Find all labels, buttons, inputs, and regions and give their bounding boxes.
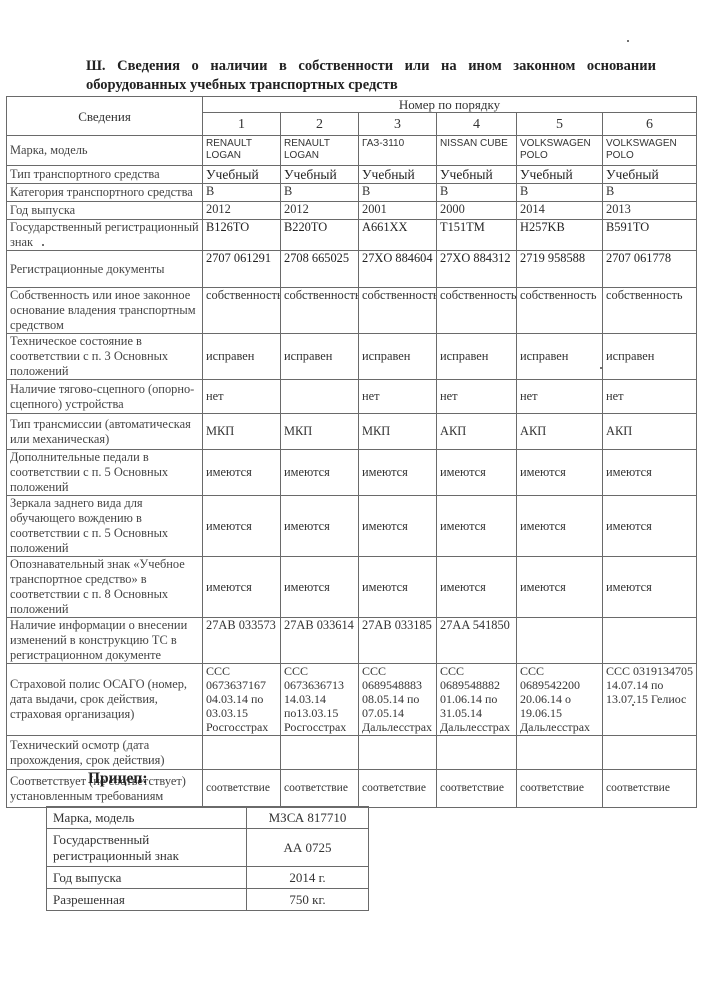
cell-value: 2000 xyxy=(437,202,517,220)
cell-value: Учебный xyxy=(517,166,603,184)
cell-value: имеются xyxy=(281,496,359,557)
column-number: 1 xyxy=(203,113,281,136)
vehicles-table: Сведения Номер по порядку 123456 Марка, … xyxy=(6,96,697,808)
cell-value: имеются xyxy=(517,557,603,618)
cell-value: CCC 0689548882 01.06.14 по 31.05.14 Даль… xyxy=(437,664,517,736)
row-label: Технический осмотр (дата прохождения, ср… xyxy=(7,736,203,770)
column-number: 2 xyxy=(281,113,359,136)
cell-value: имеются xyxy=(603,450,697,496)
cell-value xyxy=(603,618,697,664)
scan-speck xyxy=(627,40,629,42)
cell-value: исправен xyxy=(359,334,437,380)
trailer-value: МЗСА 817710 xyxy=(247,807,369,829)
cell-value: МКП xyxy=(359,414,437,450)
trailer-table: Марка, модельМЗСА 817710Государственный … xyxy=(46,806,369,911)
cell-value: имеются xyxy=(517,496,603,557)
cell-value: H257KB xyxy=(517,220,603,251)
cell-value: АКП xyxy=(517,414,603,450)
cell-value: T151TM xyxy=(437,220,517,251)
table-row: Зеркала заднего вида для обучающего вожд… xyxy=(7,496,697,557)
table-row: Дополнительные педали в соответствии с п… xyxy=(7,450,697,496)
cell-value xyxy=(517,736,603,770)
cell-value: имеются xyxy=(359,450,437,496)
cell-value: имеются xyxy=(203,450,281,496)
trailer-heading: Прицеп: xyxy=(88,770,148,788)
cell-value: исправен xyxy=(517,334,603,380)
table-row: Техническое состояние в соответствии с п… xyxy=(7,334,697,380)
cell-value: имеются xyxy=(281,557,359,618)
trailer-value: 750 кг. xyxy=(247,889,369,911)
cell-value: VOLKSWAGEN POLO xyxy=(517,136,603,166)
table-row: Наличие информации о внесении изменений … xyxy=(7,618,697,664)
cell-value: 27AA 541850 xyxy=(437,618,517,664)
cell-value: исправен xyxy=(281,334,359,380)
cell-value: 2707 061778 xyxy=(603,251,697,288)
cell-value: МКП xyxy=(281,414,359,450)
cell-value: собственность xyxy=(359,288,437,334)
cell-value: нет xyxy=(203,380,281,414)
header-label: Сведения xyxy=(7,97,203,136)
cell-value: B xyxy=(203,184,281,202)
table-row: Собственность или иное законное основани… xyxy=(7,288,697,334)
trailer-label: Год выпуска xyxy=(47,867,247,889)
cell-value: соответствие xyxy=(281,770,359,808)
cell-value: нет xyxy=(603,380,697,414)
cell-value: CCC 0319134705 14.07.14 по 13.07.15 Гели… xyxy=(603,664,697,736)
cell-value: собственность xyxy=(437,288,517,334)
row-label: Категория транспортного средства xyxy=(7,184,203,202)
cell-value: 27AB 033573 xyxy=(203,618,281,664)
row-label: Тип трансмиссии (автоматическая или меха… xyxy=(7,414,203,450)
trailer-label: Марка, модель xyxy=(47,807,247,829)
table-row: Технический осмотр (дата прохождения, ср… xyxy=(7,736,697,770)
cell-value: 2012 xyxy=(203,202,281,220)
cell-value: B126TO xyxy=(203,220,281,251)
trailer-row: Марка, модельМЗСА 817710 xyxy=(47,807,369,829)
header-group: Номер по порядку xyxy=(203,97,697,113)
cell-value xyxy=(359,736,437,770)
cell-value xyxy=(281,380,359,414)
cell-value: A661XX xyxy=(359,220,437,251)
trailer-label: Разрешенная xyxy=(47,889,247,911)
cell-value: B xyxy=(281,184,359,202)
row-label: Год выпуска xyxy=(7,202,203,220)
cell-value xyxy=(603,736,697,770)
cell-value: CCC 0689542200 20.06.14 о 19.06.15 Дальл… xyxy=(517,664,603,736)
column-number: 3 xyxy=(359,113,437,136)
cell-value: имеются xyxy=(359,496,437,557)
cell-value: B xyxy=(517,184,603,202)
column-number: 6 xyxy=(603,113,697,136)
cell-value: CCC 0673637167 04.03.14 по 03.03.15 Росг… xyxy=(203,664,281,736)
cell-value: 27AB 033614 xyxy=(281,618,359,664)
cell-value: 2708 665025 xyxy=(281,251,359,288)
row-label: Опознавательный знак «Учебное транспортн… xyxy=(7,557,203,618)
cell-value: имеются xyxy=(437,496,517,557)
cell-value: ГАЗ-3110 xyxy=(359,136,437,166)
cell-value: имеются xyxy=(603,557,697,618)
cell-value: имеются xyxy=(437,450,517,496)
table-row: Страховой полис ОСАГО (номер, дата выдач… xyxy=(7,664,697,736)
table-row: Опознавательный знак «Учебное транспортн… xyxy=(7,557,697,618)
cell-value: собственность xyxy=(203,288,281,334)
row-label: Наличие информации о внесении изменений … xyxy=(7,618,203,664)
cell-value: Учебный xyxy=(603,166,697,184)
cell-value xyxy=(281,736,359,770)
table-row: Категория транспортного средстваBBBBBB xyxy=(7,184,697,202)
cell-value: имеются xyxy=(359,557,437,618)
cell-value: имеются xyxy=(281,450,359,496)
row-label: Дополнительные педали в соответствии с п… xyxy=(7,450,203,496)
cell-value: имеются xyxy=(203,496,281,557)
row-label: Страховой полис ОСАГО (номер, дата выдач… xyxy=(7,664,203,736)
cell-value: 2707 061291 xyxy=(203,251,281,288)
row-label: Регистрационные документы xyxy=(7,251,203,288)
cell-value: имеются xyxy=(603,496,697,557)
trailer-row: Государственный регистрационный знакАА 0… xyxy=(47,829,369,867)
cell-value: 2014 xyxy=(517,202,603,220)
cell-value: CCC 0689548883 08.05.14 по 07.05.14 Даль… xyxy=(359,664,437,736)
row-label: Зеркала заднего вида для обучающего вожд… xyxy=(7,496,203,557)
table-row: Марка, модельRENAULT LOGANRENAULT LOGANГ… xyxy=(7,136,697,166)
table-row: Тип транспортного средстваУчебныйУчебный… xyxy=(7,166,697,184)
cell-value: CCC 0673636713 14.03.14 по13.03.15 Росго… xyxy=(281,664,359,736)
cell-value: Учебный xyxy=(203,166,281,184)
scan-speck xyxy=(42,244,44,246)
cell-value: собственность xyxy=(517,288,603,334)
cell-value: VOLKSWAGEN POLO xyxy=(603,136,697,166)
cell-value: МКП xyxy=(203,414,281,450)
cell-value xyxy=(203,736,281,770)
cell-value: исправен xyxy=(203,334,281,380)
cell-value: имеются xyxy=(437,557,517,618)
cell-value: B220TO xyxy=(281,220,359,251)
cell-value: Учебный xyxy=(437,166,517,184)
row-label: Тип транспортного средства xyxy=(7,166,203,184)
cell-value: нет xyxy=(359,380,437,414)
scan-speck xyxy=(600,367,602,369)
row-label: Техническое состояние в соответствии с п… xyxy=(7,334,203,380)
cell-value: АКП xyxy=(603,414,697,450)
row-label: Наличие тягово-сцепного (опорно-сцепного… xyxy=(7,380,203,414)
cell-value: нет xyxy=(517,380,603,414)
scan-speck xyxy=(632,704,634,706)
table-row: Тип трансмиссии (автоматическая или меха… xyxy=(7,414,697,450)
section-title: Ш. Сведения о наличии в собственности ил… xyxy=(86,57,656,95)
cell-value: 2013 xyxy=(603,202,697,220)
cell-value: NISSAN CUBE xyxy=(437,136,517,166)
trailer-value: АА 0725 xyxy=(247,829,369,867)
row-label: Марка, модель xyxy=(7,136,203,166)
cell-value: соответствие xyxy=(359,770,437,808)
table-row: Регистрационные документы2707 0612912708… xyxy=(7,251,697,288)
cell-value: 27XO 884604 xyxy=(359,251,437,288)
cell-value xyxy=(517,618,603,664)
cell-value: имеются xyxy=(517,450,603,496)
cell-value: Учебный xyxy=(281,166,359,184)
cell-value: 2719 958588 xyxy=(517,251,603,288)
cell-value: 27XO 884312 xyxy=(437,251,517,288)
cell-value: соответствие xyxy=(437,770,517,808)
trailer-row: Разрешенная750 кг. xyxy=(47,889,369,911)
column-number: 5 xyxy=(517,113,603,136)
cell-value: нет xyxy=(437,380,517,414)
cell-value: 2012 xyxy=(281,202,359,220)
row-label: Собственность или иное законное основани… xyxy=(7,288,203,334)
cell-value: собственность xyxy=(281,288,359,334)
trailer-label: Государственный регистрационный знак xyxy=(47,829,247,867)
cell-value: исправен xyxy=(437,334,517,380)
trailer-value: 2014 г. xyxy=(247,867,369,889)
column-number: 4 xyxy=(437,113,517,136)
cell-value: имеются xyxy=(203,557,281,618)
cell-value: B591TO xyxy=(603,220,697,251)
cell-value: B xyxy=(359,184,437,202)
cell-value: RENAULT LOGAN xyxy=(281,136,359,166)
cell-value xyxy=(437,736,517,770)
table-row: Наличие тягово-сцепного (опорно-сцепного… xyxy=(7,380,697,414)
cell-value: B xyxy=(437,184,517,202)
cell-value: B xyxy=(603,184,697,202)
cell-value: соответствие xyxy=(203,770,281,808)
cell-value: исправен xyxy=(603,334,697,380)
cell-value: собственность xyxy=(603,288,697,334)
cell-value: соответствие xyxy=(603,770,697,808)
cell-value: АКП xyxy=(437,414,517,450)
cell-value: RENAULT LOGAN xyxy=(203,136,281,166)
table-row: Государственный регистрационный знакB126… xyxy=(7,220,697,251)
trailer-row: Год выпуска2014 г. xyxy=(47,867,369,889)
cell-value: соответствие xyxy=(517,770,603,808)
cell-value: Учебный xyxy=(359,166,437,184)
row-label: Государственный регистрационный знак xyxy=(7,220,203,251)
cell-value: 2001 xyxy=(359,202,437,220)
table-row: Год выпуска201220122001200020142013 xyxy=(7,202,697,220)
cell-value: 27AB 033185 xyxy=(359,618,437,664)
